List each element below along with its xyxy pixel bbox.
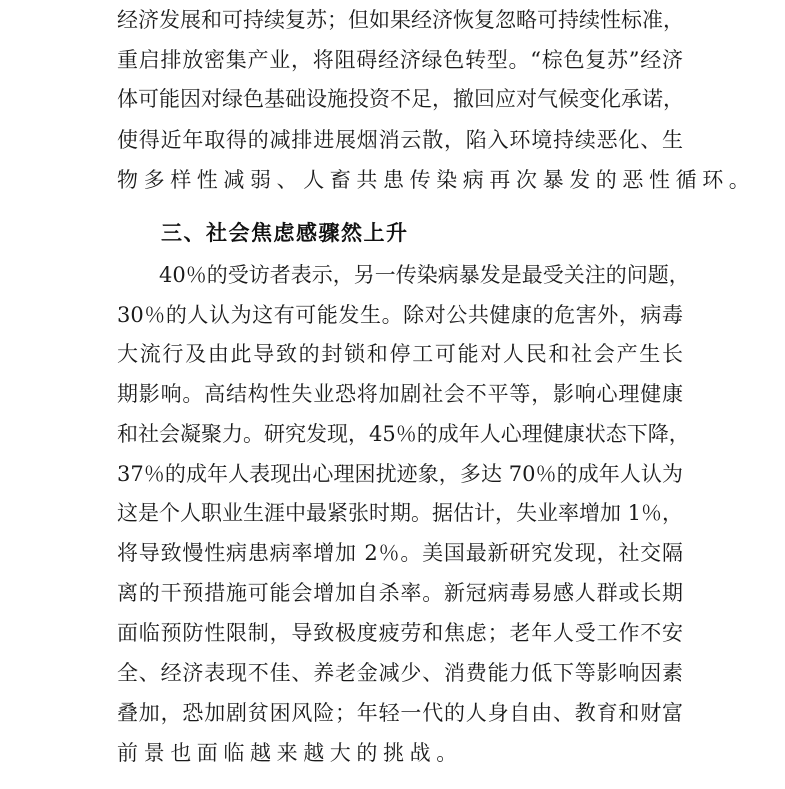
paragraph-line: 使得近年取得的减排进展烟消云散，陷入环境持续恶化、生 [117,120,683,160]
paragraph-line: 全、经济表现不佳、养老金减少、消费能力低下等影响因素 [117,653,683,693]
paragraph-line-last: 前景也面临越来越大的挑战。 [117,733,463,773]
paragraph-line: 37％的成年人表现出心理困扰迹象，多达 70％的成年人认为 [117,454,683,494]
paragraph-line: 和社会凝聚力。研究发现，45％的成年人心理健康状态下降， [117,414,683,454]
paragraph-line: 这是个人职业生涯中最紧张时期。据估计，失业率增加 1％， [117,493,683,533]
paragraph-line-last: 物多样性减弱、人畜共患传染病再次暴发的恶性循环。 [117,160,755,200]
paragraph-line: 面临预防性限制，导致极度疲劳和焦虑；老年人受工作不安 [117,613,683,653]
paragraph-line-first: 40％的受访者表示，另一传染病暴发是最受关注的问题， [159,255,683,295]
paragraph-line: 经济发展和可持续复苏；但如果经济恢复忽略可持续性标准， [117,0,683,40]
paragraph-line: 离的干预措施可能会增加自杀率。新冠病毒易感人群或长期 [117,573,683,613]
paragraph-line: 叠加，恐加剧贫困风险；年轻一代的人身自由、教育和财富 [117,693,683,733]
paragraph-line: 30％的人认为这有可能发生。除对公共健康的危害外，病毒 [117,295,683,335]
paragraph-line: 期影响。高结构性失业恐将加剧社会不平等，影响心理健康 [117,374,683,414]
paragraph-line: 将导致慢性病患病率增加 2％。美国最新研究发现，社交隔 [117,533,683,573]
paragraph-line: 体可能因对绿色基础设施投资不足，撤回应对气候变化承诺， [117,79,683,119]
paragraph-line: 重启排放密集产业，将阻碍经济绿色转型。“棕色复苏”经济 [117,40,683,80]
section-heading: 三、社会焦虑感骤然上升 [161,213,409,253]
paragraph-line: 大流行及由此导致的封锁和停工可能对人民和社会产生长 [117,334,683,374]
